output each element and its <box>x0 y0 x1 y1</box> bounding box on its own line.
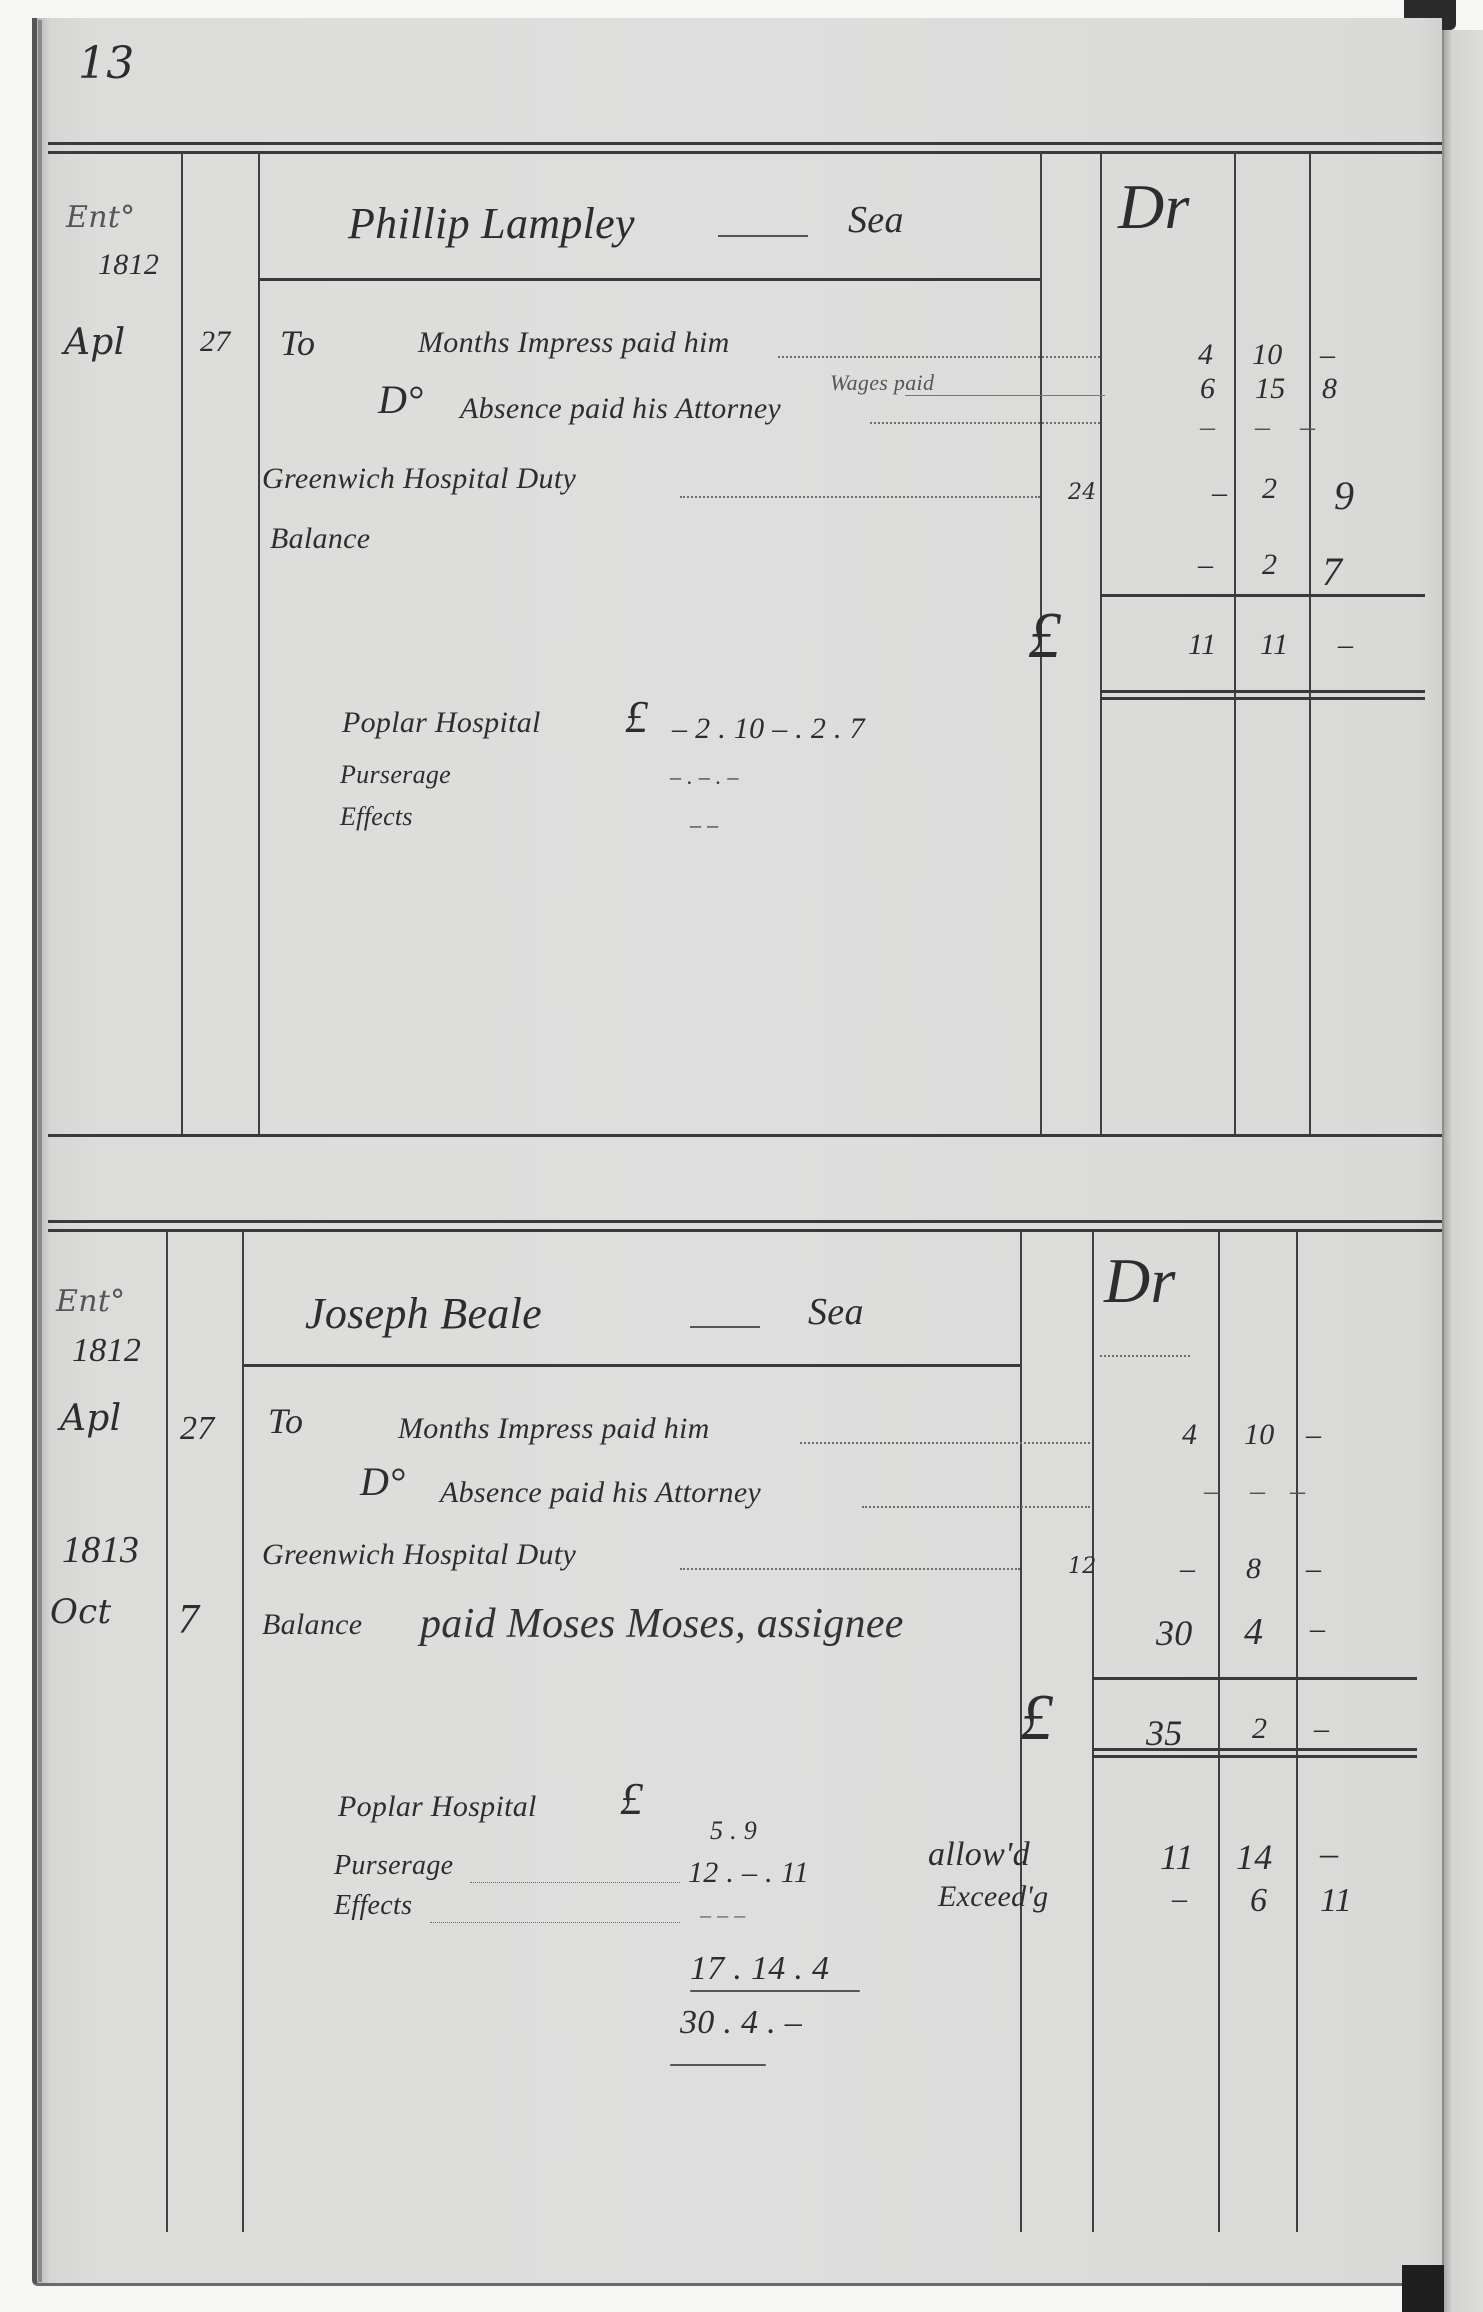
account-1-line-1-pence: – <box>1320 338 1335 372</box>
account-2-line-2-shillings: – <box>1250 1474 1265 1508</box>
account-2-line-3-shillings: 8 <box>1246 1552 1261 1586</box>
account-2-rating: Sea <box>808 1290 864 1334</box>
account-2-line-4-pence: – <box>1310 1612 1325 1646</box>
account-2-excess-pounds: – <box>1172 1882 1187 1916</box>
account-1-line-4-shillings: 2 <box>1262 548 1277 582</box>
binding-clip-bottom <box>1402 2265 1444 2312</box>
account-2-day: 27 <box>180 1410 215 1448</box>
account-1-line-3-pence: 9 <box>1334 472 1354 519</box>
account-2-name-rule <box>242 1364 1020 1367</box>
account-1-line-2b-shillings: – <box>1255 410 1270 444</box>
account-2-total-rule <box>1092 1677 1417 1680</box>
account-2-total-double-rule <box>1092 1748 1417 1751</box>
account-2-line-1-shillings: 10 <box>1244 1418 1275 1452</box>
account-2-line-2-text: Absence paid his Attorney <box>440 1476 761 1510</box>
account-2-purserage-value: 12 . – . 11 <box>688 1856 809 1890</box>
account-2-header-leader <box>1100 1355 1190 1357</box>
page-stack-edge <box>38 20 42 2282</box>
account-1-name-dash <box>718 235 808 237</box>
account-1-purserage-label: Purserage <box>340 760 451 790</box>
account-1-effects-value: – – <box>690 812 718 838</box>
account-2-allowed-label: allow'd <box>928 1836 1030 1874</box>
account-2-allowed-shillings: 14 <box>1236 1836 1273 1878</box>
page-number: 13 <box>78 38 135 89</box>
account-1-total-rule <box>1100 594 1425 597</box>
account-2-allowed-pounds: 11 <box>1160 1836 1194 1878</box>
account-2-year: 1812 <box>72 1332 141 1370</box>
account-2-grand-total: 30 . 4 . – <box>680 2004 802 2042</box>
account-2-line-4-shillings: 4 <box>1244 1610 1263 1654</box>
account-2-top-rule <box>48 1220 1442 1223</box>
account-2-debtor-header: Dr <box>1104 1244 1176 1318</box>
account-2-line-2-pounds: – <box>1204 1474 1219 1508</box>
account-1-line-1-text: Months Impress paid him <box>418 326 730 360</box>
account-2-col-pence <box>1296 1232 1298 2232</box>
account-2-poplar-label: Poplar Hospital <box>338 1790 537 1824</box>
account-1-col-day <box>258 152 260 1136</box>
account-1-line-4-pounds: – <box>1198 548 1213 582</box>
account-2-grand-total-flourish <box>670 2064 766 2066</box>
account-2-col-day <box>242 1232 244 2232</box>
account-2-line-3-leader <box>680 1568 1020 1570</box>
account-2-line-1-text: Months Impress paid him <box>398 1412 710 1446</box>
account-2-line-1-leader <box>800 1442 1090 1444</box>
account-2-poplar-value-top: 5 . 9 <box>710 1816 757 1846</box>
account-2-line-3-pence: – <box>1306 1552 1321 1586</box>
account-1-line-3-leader <box>680 496 1040 498</box>
account-1-day: 27 <box>200 325 231 359</box>
account-2-effects-label: Effects <box>334 1890 412 1922</box>
account-1-line-2-text: Absence paid his Attorney <box>460 392 781 426</box>
account-1-line-2-pounds: 6 <box>1200 372 1215 406</box>
account-2-line-3-pounds: – <box>1180 1552 1195 1586</box>
account-2-line-1-pence: – <box>1306 1418 1321 1452</box>
account-2-total-symbol: £ <box>1020 1680 1053 1756</box>
account-1-col-shillings <box>1234 152 1236 1136</box>
account-1-total-pounds: 11 <box>1188 628 1216 662</box>
account-2-line-3-text: Greenwich Hospital Duty <box>262 1538 576 1572</box>
account-2-line-1-pounds: 4 <box>1182 1418 1197 1452</box>
account-1-line-2-pence: 8 <box>1322 372 1337 406</box>
account-1-poplar-value: – 2 . 10 – . 2 . 7 <box>672 712 865 746</box>
account-1-effects-label: Effects <box>340 802 413 832</box>
account-2-top-rule-2 <box>48 1229 1442 1232</box>
account-1-total-shillings: 11 <box>1260 628 1288 662</box>
account-2-purserage-leader <box>470 1882 680 1883</box>
account-2-total-shillings: 2 <box>1252 1712 1267 1746</box>
account-1-line-2-shillings: 15 <box>1255 372 1286 406</box>
account-1-line-1-prefix: To <box>280 322 315 364</box>
account-2-total-double-rule-2 <box>1092 1755 1417 1758</box>
account-1-bottom-rule <box>48 1134 1442 1137</box>
account-1-total-pence: – <box>1338 628 1353 662</box>
facing-page-edge <box>1442 30 1483 2312</box>
account-1-line-1-shillings: 10 <box>1252 338 1283 372</box>
account-1-total-double-rule <box>1100 690 1425 693</box>
account-2-line-2-prefix: D° <box>360 1458 405 1505</box>
account-2-purserage-label: Purserage <box>334 1850 453 1882</box>
account-2-col-shillings <box>1218 1232 1220 2232</box>
account-1-line-1-leader <box>778 356 1100 358</box>
account-1-line-2-prefix: D° <box>378 376 423 423</box>
account-1-line-2-leader <box>870 422 1100 424</box>
account-2-line-2-pence: – <box>1290 1474 1305 1508</box>
account-2-effects-leader <box>430 1922 680 1923</box>
account-2-excess-label: Exceed'g <box>938 1880 1048 1914</box>
account-1-col-date <box>181 152 183 1136</box>
account-1-poplar-label: Poplar Hospital <box>342 706 541 740</box>
account-2-col-date <box>166 1232 168 2232</box>
account-1-line-4-pence: 7 <box>1322 548 1342 595</box>
account-1-debtor-header: Dr <box>1118 170 1190 244</box>
account-1-poplar-symbol: £ <box>625 690 648 743</box>
account-2-month-2: Oct <box>50 1592 111 1632</box>
account-2-line-2-leader <box>862 1506 1090 1508</box>
account-1-name: Phillip Lampley <box>348 198 635 249</box>
account-1-month: Apl <box>64 322 125 363</box>
account-1-purserage-value: – . – . – <box>670 764 739 790</box>
account-1-line-1-pounds: 4 <box>1198 338 1213 372</box>
account-2-name: Joseph Beale <box>305 1288 542 1339</box>
account-2-effects-value: – – – <box>700 1902 746 1928</box>
account-1-top-rule <box>48 142 1442 145</box>
account-2-subtotal: 17 . 14 . 4 <box>690 1950 829 1988</box>
account-2-allowed-pence: – <box>1320 1832 1338 1874</box>
account-1-line-4-text: Balance <box>270 522 370 556</box>
account-1-rating: Sea <box>848 198 904 242</box>
account-2-poplar-symbol: £ <box>620 1772 643 1825</box>
account-2-line-1-prefix: To <box>268 1400 303 1442</box>
account-1-year: 1812 <box>98 248 159 282</box>
account-2-name-dash <box>690 1326 760 1328</box>
account-2-col-pounds <box>1092 1232 1094 2232</box>
account-1-line-2-stroke <box>905 395 1105 396</box>
account-1-name-rule <box>258 278 1040 281</box>
account-1-line-2-annotation: Wages paid <box>830 370 934 396</box>
account-2-excess-pence: 11 <box>1320 1882 1352 1920</box>
account-2-total-pence: – <box>1314 1712 1329 1746</box>
account-2-entered-label: Ent° <box>56 1284 125 1319</box>
account-1-line-2b-pence: – <box>1300 410 1315 444</box>
account-2-month: Apl <box>60 1398 121 1439</box>
account-2-line-4-pounds: 30 <box>1156 1612 1193 1654</box>
account-2-day-2: 7 <box>178 1596 199 1644</box>
account-2-line-3-ref: 12 <box>1068 1554 1097 1579</box>
account-2-excess-shillings: 6 <box>1250 1882 1267 1920</box>
account-1-line-3-text: Greenwich Hospital Duty <box>262 462 576 496</box>
account-1-entered-label: Ent° <box>66 200 135 235</box>
account-1-col-pence <box>1309 152 1311 1136</box>
account-1-col-pounds <box>1100 152 1102 1136</box>
account-2-subtotal-underline <box>690 1990 860 1992</box>
account-1-line-2b-pounds: – <box>1200 410 1215 444</box>
account-1-line-3-shillings: 2 <box>1262 472 1277 506</box>
account-2-line-4-annotation: paid Moses Moses, assignee <box>420 1600 904 1648</box>
account-1-total-symbol: £ <box>1028 598 1061 674</box>
account-1-line-3-pounds: – <box>1212 476 1227 510</box>
account-1-line-3-ref: 24 <box>1068 480 1097 505</box>
account-2-year-2: 1813 <box>62 1528 139 1572</box>
account-1-total-double-rule-2 <box>1100 697 1425 700</box>
account-2-line-4-text: Balance <box>262 1608 362 1642</box>
